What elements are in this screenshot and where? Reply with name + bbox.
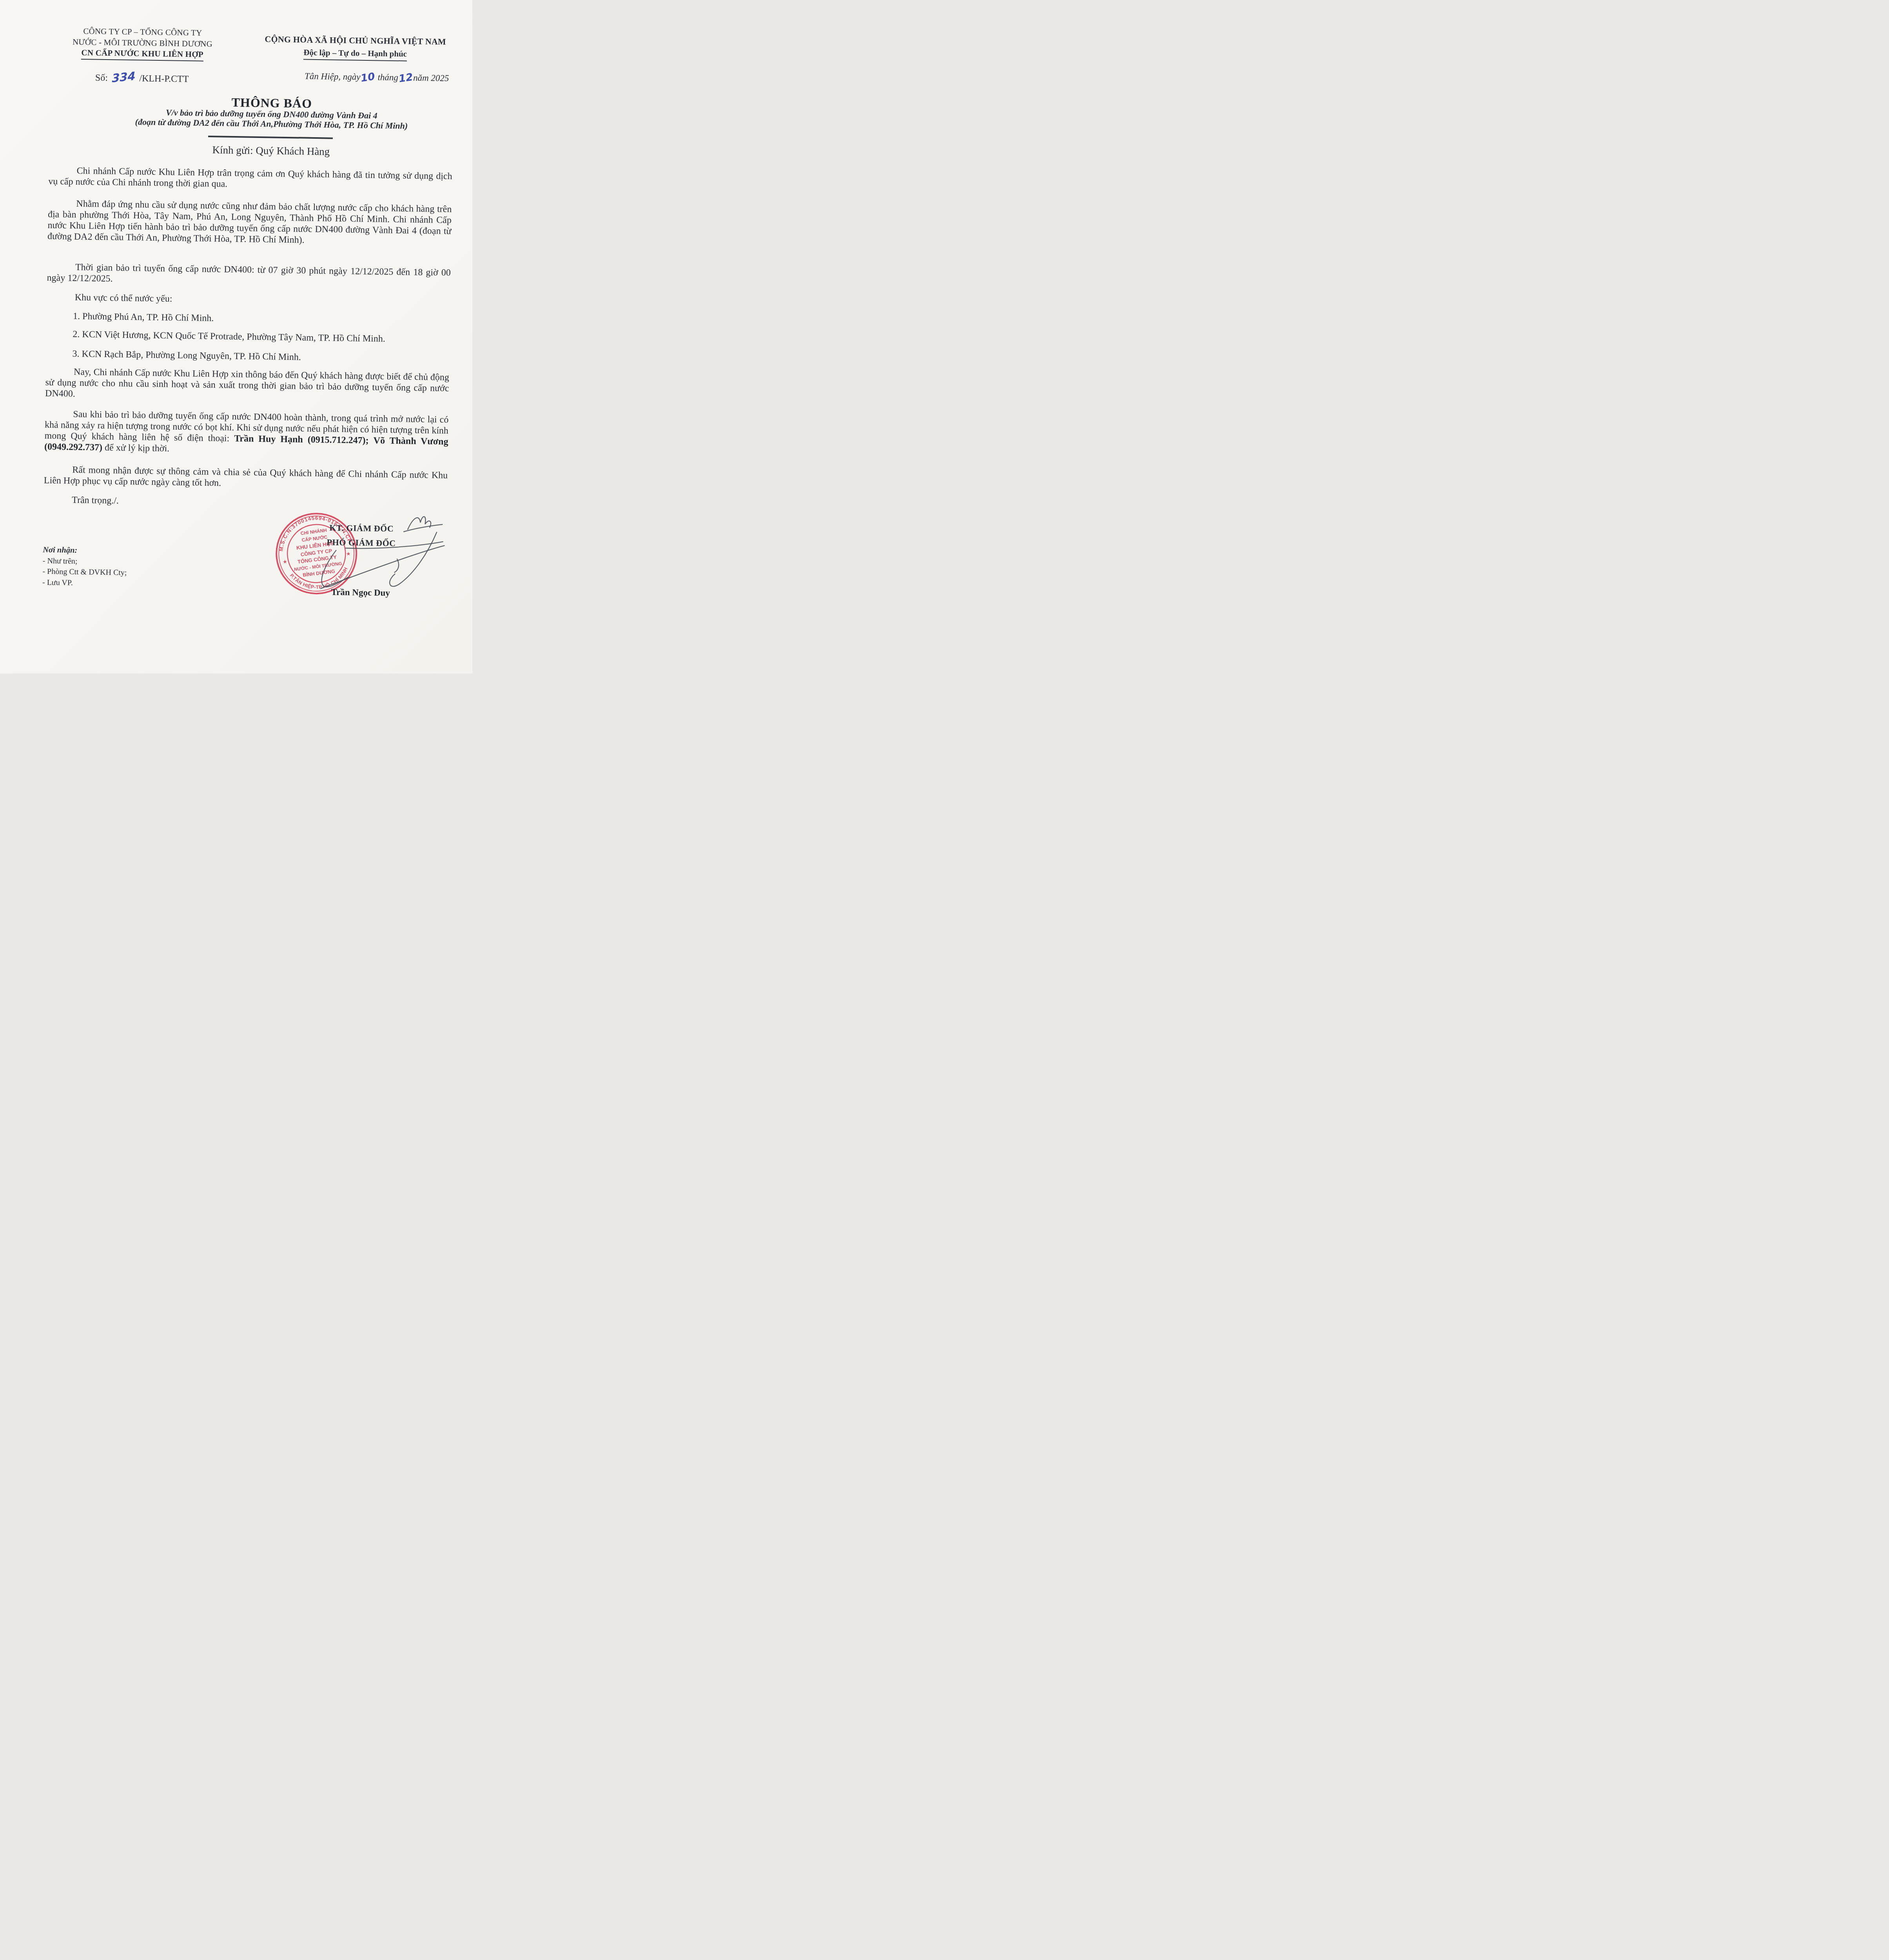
scanned-letter-page: CÔNG TY CP – TỔNG CÔNG TY NƯỚC - MÔI TRƯ… [0, 0, 472, 673]
date-day-handwritten: 10 [360, 71, 376, 85]
salutation: Kính gửi: Quý Khách Hàng [71, 142, 471, 160]
document-number-suffix: /KLH-P.CTT [139, 73, 189, 84]
stamp-star-left-icon: ★ [282, 559, 287, 565]
recipients-block: Nơi nhận: - Như trên; - Phòng Ctt & DVKH… [42, 545, 208, 590]
paragraph-apology: Rất mong nhận được sự thông cảm và chia … [44, 464, 448, 492]
document-number-line: Số: 334 /KLH-P.CTT [50, 69, 234, 85]
national-title: CỘNG HÒA XÃ HỘI CHỦ NGHĨA VIỆT NAM [249, 33, 461, 48]
paragraph-contact: Sau khi bảo trì bảo dưỡng tuyến ống cấp … [44, 408, 449, 458]
subtitle-divider [208, 136, 333, 139]
national-motto: Độc lập – Tự do – Hạnh phúc [249, 47, 461, 60]
contact-person-1: Trần Huy Hạnh (0915.712.247); [234, 434, 369, 446]
date-prefix: Tân Hiệp, ngày [305, 71, 361, 82]
signature-main-stroke [390, 532, 437, 587]
contact-suffix: để xử lý kịp thời. [102, 443, 169, 454]
signature-diagonal [321, 544, 445, 590]
paragraph-thanks: Chi nhánh Cấp nước Khu Liên Hợp trân trọ… [48, 165, 452, 193]
date-suffix: năm 2025 [413, 73, 449, 83]
handwritten-signature [298, 507, 456, 600]
paragraph-schedule: Thời gian bảo trì tuyến ống cấp nước DN4… [47, 261, 451, 289]
signature-strike [345, 540, 443, 550]
weak-area-item-1: 1. Phường Phú An, TP. Hồ Chí Minh. [46, 310, 472, 328]
recipient-item-3: - Lưu VP. [42, 577, 207, 590]
paragraph-purpose: Nhằm đáp ứng nhu cầu sử dụng nước cũng n… [47, 198, 452, 248]
paragraph-notice: Nay, Chi nhánh Cấp nước Khu Liên Hợp xin… [45, 366, 449, 405]
paragraph-weak-area-intro: Khu vực có thể nước yếu: [47, 292, 450, 309]
date-mid: tháng [377, 72, 398, 82]
document-number-handwritten: 334 [112, 69, 135, 85]
date-month-handwritten: 12 [398, 71, 414, 85]
weak-area-item-2: 2. KCN Việt Hương, KCN Quốc Tế Protrade,… [46, 328, 472, 346]
signature-loop [321, 550, 348, 587]
place-date-line: Tân Hiệp, ngày10 tháng12năm 2025 [249, 69, 461, 84]
weak-area-item-3: 3. KCN Rạch Bắp, Phường Long Nguyên, TP.… [46, 348, 472, 365]
document-number-label: Số: [95, 73, 108, 83]
issuer-header: CÔNG TY CP – TỔNG CÔNG TY NƯỚC - MÔI TRƯ… [50, 25, 235, 60]
page-content: CÔNG TY CP – TỔNG CÔNG TY NƯỚC - MÔI TRƯ… [0, 0, 472, 673]
national-header: CỘNG HÒA XÃ HỘI CHỦ NGHĨA VIỆT NAM Độc l… [249, 33, 461, 60]
